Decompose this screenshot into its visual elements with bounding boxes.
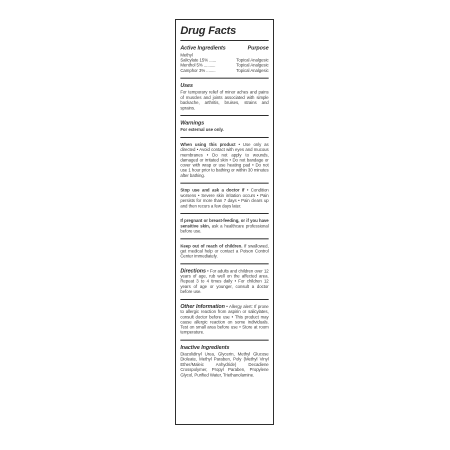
ingredient-row: Camphor 3% ........ Topical Analgesic [180,68,268,73]
warnings-heading: Warnings [180,120,268,126]
drug-facts-title: Drug Facts [180,24,268,37]
title-section: Drug Facts [180,23,268,40]
when-using-body: • Use only as directed • Avoid contact w… [180,142,268,178]
drug-facts-panel: Drug Facts Active Ingredients Purpose Me… [175,19,274,425]
pregnant-section: If pregnant or breast-feeding, or if you… [180,213,268,238]
purpose-heading: Purpose [248,45,269,51]
keep-out-paragraph: Keep out of reach of children. If swallo… [180,243,268,258]
keep-out-section: Keep out of reach of children. If swallo… [180,238,268,263]
external-use-note: For external use only. [180,127,268,132]
when-using-paragraph: When using this product • Use only as di… [180,142,268,178]
when-using-section: When using this product • Use only as di… [180,137,268,183]
uses-body: For temporary relief of minor aches and … [180,90,268,111]
other-information-body: • Allergy alert: If prone to allergic re… [180,304,268,335]
stop-use-section: Stop use and ask a doctor if • Condition… [180,183,268,213]
directions-section: Directions • For adults and children ove… [180,263,268,298]
directions-paragraph: Directions • For adults and children ove… [180,268,268,294]
stop-use-paragraph: Stop use and ask a doctor if • Condition… [180,188,268,209]
other-information-section: Other Information • Allergy alert: If pr… [180,299,268,340]
pregnant-paragraph: If pregnant or breast-feeding, or if you… [180,218,268,233]
page-background: Drug Facts Active Ingredients Purpose Me… [0,0,450,450]
active-ingredients-heading: Active Ingredients [180,45,225,51]
inactive-ingredients-body: Diazolidinyl Urea, Glycerin, Methyl Gluc… [180,351,268,377]
inactive-ingredients-heading: Inactive Ingredients [180,344,268,350]
active-ingredients-section: Active Ingredients Purpose Methyl Salicy… [180,40,268,78]
uses-section: Uses For temporary relief of minor aches… [180,78,268,115]
ingredient-name: Camphor 3% ........ [180,68,215,73]
active-ingredients-header-row: Active Ingredients Purpose [180,45,268,51]
inactive-ingredients-section: Inactive Ingredients Diazolidinyl Urea, … [180,339,268,381]
uses-heading: Uses [180,83,268,89]
ingredient-purpose: Topical Analgesic [236,68,268,73]
warnings-section: Warnings For external use only. [180,115,268,137]
other-information-paragraph: Other Information • Allergy alert: If pr… [180,304,268,335]
drug-facts-label: Drug Facts Active Ingredients Purpose Me… [175,19,274,425]
